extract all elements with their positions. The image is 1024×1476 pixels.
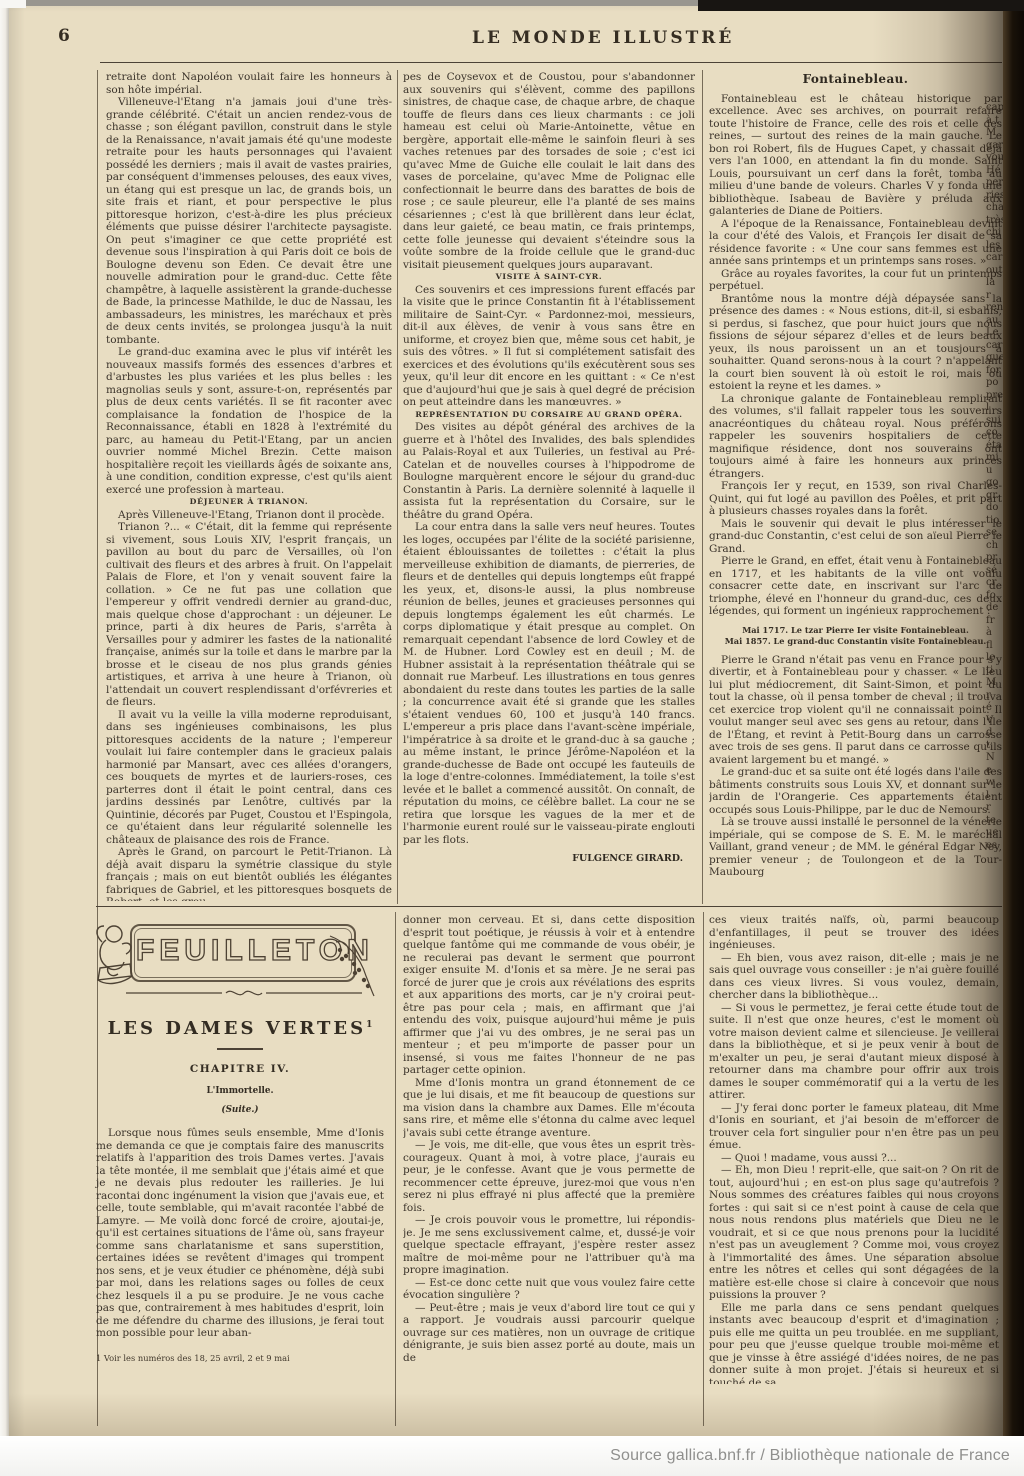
suite-note: (Suite.) — [96, 1105, 384, 1115]
section-divider-rule — [96, 906, 1002, 907]
chapter-subtitle: L'Immortelle. — [96, 1086, 384, 1096]
banner-flourish — [126, 986, 362, 1000]
paragraph: — Peut-être ; mais je veux d'abord lire … — [403, 1302, 695, 1365]
inscription-lines: Mai 1717. Le tzar Pierre Ier visite Font… — [709, 625, 1002, 647]
feuilleton-banner-label: FEUILLETON — [136, 934, 352, 968]
paragraph: pes de Coysevox et de Coustou, pour s'ab… — [403, 71, 695, 271]
paragraph: La chronique galante de Fontainebleau re… — [709, 393, 1002, 481]
paragraph: Le grand-duc examina avec le plus vif in… — [106, 346, 392, 496]
article-heading: Fontainebleau. — [709, 73, 1002, 86]
scan-top-edge — [26, 0, 698, 6]
paragraph: Mme d'Ionis montra un grand étonnement d… — [403, 1077, 695, 1140]
edge-column-fragments: cap à t M gar vou Hé per ries cha très c… — [986, 102, 1003, 894]
paragraph: Mais le souvenir qui devait le plus inté… — [709, 518, 1002, 556]
scan-corner — [0, 0, 26, 8]
scanned-page: 6 LE MONDE ILLUSTRÉ retraite dont Napolé… — [0, 0, 1024, 1436]
page-left-edge — [0, 0, 9, 1436]
paragraph: Pierre le Grand, en effet, était venu à … — [709, 555, 1002, 618]
paragraph: Fontainebleau est le château historique … — [709, 93, 1002, 218]
footnote-mark: 1 — [366, 1020, 372, 1030]
paragraph: A l'époque de la Renaissance, Fontainebl… — [709, 218, 1002, 268]
paragraph: — Eh, mon Dieu ! reprit-elle, que sait-o… — [709, 1164, 999, 1302]
paragraph: Après le Grand, on parcourt le Petit-Tri… — [106, 846, 392, 901]
feuilleton-column-2: donner mon cerveau. Et si, dans cette di… — [403, 914, 695, 1384]
feuilleton-column-rule-1 — [395, 912, 396, 1426]
masthead-title: LE MONDE ILLUSTRÉ — [472, 28, 734, 48]
article-column-3: Fontainebleau. Fontainebleau est le chât… — [709, 71, 1002, 901]
feuilleton-footnote: 1 Voir les numéros des 18, 25 avril, 2 e… — [96, 1353, 384, 1363]
feuilleton-body: Lorsque nous fûmes seuls ensemble, Mme d… — [96, 1127, 384, 1340]
paragraph: retraite dont Napoléon voulait faire les… — [106, 71, 392, 96]
paragraph: donner mon cerveau. Et si, dans cette di… — [403, 914, 695, 1077]
feuilleton-column-3: ces vieux traités naïfs, où, parmi beauc… — [709, 914, 999, 1384]
paragraph: — Est-ce donc cette nuit que vous voulez… — [403, 1277, 695, 1302]
paragraph: Là se trouve aussi installé le personnel… — [709, 816, 1002, 879]
scan-top-edge-dark — [698, 0, 1024, 11]
feuilleton-column-1: FEUILLETON — [96, 914, 384, 1430]
feuilleton-column-rule-2 — [703, 912, 704, 1426]
paragraph: Après Villeneuve-l'Etang, Trianon dont i… — [106, 509, 392, 522]
paragraph: Ces souvenirs et ces impressions furent … — [403, 284, 695, 409]
source-attribution: Source gallica.bnf.fr / Bibliothèque nat… — [610, 1447, 1010, 1465]
article-column-2: pes de Coysevox et de Coustou, pour s'ab… — [403, 71, 695, 901]
page-number: 6 — [58, 26, 70, 46]
inscription-line-2: Mai 1857. Le grand-duc Constantin visite… — [709, 636, 1002, 647]
section-subhead: REPRÉSENTATION DU CORSAIRE AU GRAND OPÉR… — [403, 409, 695, 422]
paragraph: Villeneuve-l'Etang n'a jamais joui d'une… — [106, 96, 392, 346]
author-signature: FULGENCE GIRARD. — [403, 853, 695, 866]
paragraph: — Je vois, me dit-elle, que vous êtes un… — [403, 1139, 695, 1214]
paragraph: — Si vous le permettez, je ferai cette é… — [709, 1002, 999, 1102]
header-rule — [100, 62, 1002, 63]
book-binding-edge — [1003, 0, 1024, 1436]
paragraph: Il avait vu la veille la villa moderne r… — [106, 709, 392, 847]
paragraph: Lorsque nous fûmes seuls ensemble, Mme d… — [96, 1127, 384, 1340]
paragraph: Grâce au royales favorites, la cour fut … — [709, 268, 1002, 293]
paragraph: Elle me parla dans ce sens pendant quelq… — [709, 1302, 999, 1385]
inscription-line-1: Mai 1717. Le tzar Pierre Ier visite Font… — [709, 625, 1002, 636]
paragraph: — J'y ferai donc porter le fameux platea… — [709, 1102, 999, 1152]
paragraph: Trianon ?... « C'était, dit la femme qui… — [106, 521, 392, 709]
paragraph: La cour entra dans la salle vers neuf he… — [403, 521, 695, 846]
feuilleton-title-text: LES DAMES VERTES — [108, 1018, 367, 1039]
section-subhead: VISITE À SAINT-CYR. — [403, 271, 695, 284]
paragraph: Pierre le Grand n'était pas venu en Fran… — [709, 654, 1002, 767]
gallica-attribution-bar: Source gallica.bnf.fr / Bibliothèque nat… — [0, 1436, 1024, 1476]
paragraph: — Je crois pouvoir vous le promettre, lu… — [403, 1214, 695, 1277]
paragraph: Des visites au dépôt général des archive… — [403, 421, 695, 521]
title-divider — [217, 1048, 263, 1050]
feuilleton-title: LES DAMES VERTES1 — [96, 1018, 384, 1039]
paragraph: Brantôme nous la montre déjà dépaysée sa… — [709, 293, 1002, 393]
paragraph: ces vieux traités naïfs, où, parmi beauc… — [709, 914, 999, 952]
chapter-heading: CHAPITRE IV. — [96, 1063, 384, 1075]
article-column-1: retraite dont Napoléon voulait faire les… — [106, 71, 392, 901]
paragraph: François Ier y reçut, en 1539, son rival… — [709, 480, 1002, 518]
feuilleton-banner: FEUILLETON — [96, 918, 372, 1004]
paragraph: — Quoi ! madame, vous aussi ?... — [709, 1152, 999, 1165]
paragraph: — Eh bien, vous avez raison, dit-elle ; … — [709, 952, 999, 1002]
column-rule-1 — [397, 70, 398, 904]
paragraph: Le grand-duc et sa suite ont été logés d… — [709, 766, 1002, 816]
column-rule-2 — [702, 70, 703, 904]
section-subhead: DÉJEUNER À TRIANON. — [106, 496, 392, 509]
